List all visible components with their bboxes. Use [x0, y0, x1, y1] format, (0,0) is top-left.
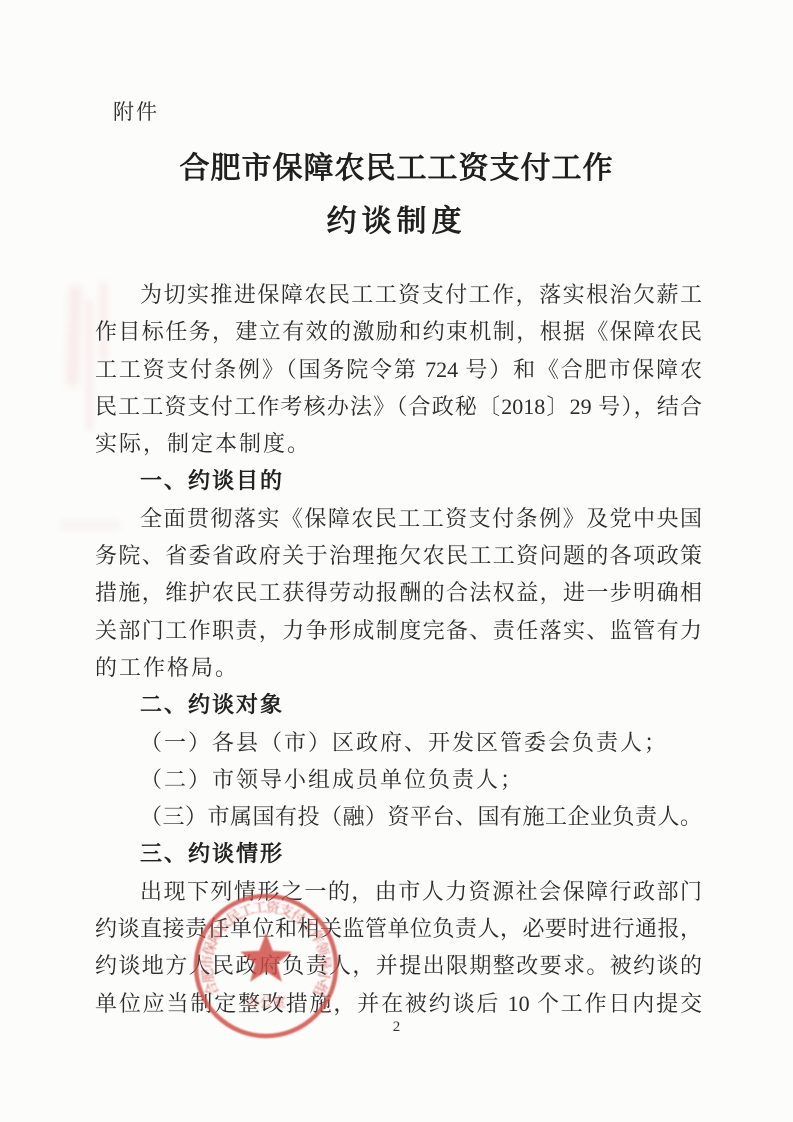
page-number: 2 — [0, 1019, 793, 1036]
document-title-line2: 约谈制度 — [0, 196, 793, 240]
bleed-through-smudge — [66, 286, 81, 386]
section-heading: 二、约谈对象 — [95, 686, 702, 723]
body-line: 作目标任务，建立有效的激励和约束机制，根据《保障农民 — [95, 313, 702, 350]
body-line: 关部门工作职责，力争形成制度完备、责任落实、监管有力 — [95, 612, 702, 649]
document-title-line1: 合肥市保障农民工工资支付工作 — [0, 143, 793, 187]
list-item: （二）市领导小组成员单位负责人； — [95, 761, 702, 798]
section-heading: 三、约谈情形 — [95, 835, 702, 872]
list-item: （三）市属国有投（融）资平台、国有施工企业负责人。 — [95, 798, 702, 835]
attachment-label: 附件 — [113, 96, 159, 126]
body-line: 措施，维护农民工获得劳动报酬的合法权益，进一步明确相 — [95, 574, 702, 611]
body-line: 实际，制定本制度。 — [95, 425, 702, 462]
body-line: 单位应当制定整改措施，并在被约谈后 10 个工作日内提交 — [95, 985, 702, 1022]
body-line: 约谈直接责任单位和相关监管单位负责人，必要时进行通报， — [95, 910, 702, 947]
document-body: 为切实推进保障农民工工资支付工作，落实根治欠薪工 作目标任务，建立有效的激励和约… — [95, 276, 702, 1022]
body-line: 的工作格局。 — [95, 649, 702, 686]
bleed-through-smudge — [86, 300, 93, 430]
document-page: 附件 合肥市保障农民工工资支付工作 约谈制度 为切实推进保障农民工工资支付工作，… — [0, 0, 793, 1122]
body-line: 出现下列情形之一的，由市人力资源社会保障行政部门 — [95, 873, 702, 910]
body-line: 工工资支付条例》（国务院令第 724 号）和《合肥市保障农 — [95, 351, 702, 388]
list-item: （一）各县（市）区政府、开发区管委会负责人； — [95, 724, 702, 761]
body-line: 全面贯彻落实《保障农民工工资支付条例》及党中央国 — [95, 500, 702, 537]
body-line: 务院、省委省政府关于治理拖欠农民工工资问题的各项政策 — [95, 537, 702, 574]
body-line: 约谈地方人民政府负责人，并提出限期整改要求。被约谈的 — [95, 947, 702, 984]
body-line: 为切实推进保障农民工工资支付工作，落实根治欠薪工 — [95, 276, 702, 313]
body-line: 民工工资支付工作考核办法》（合政秘〔2018〕29 号），结合 — [95, 388, 702, 425]
section-heading: 一、约谈目的 — [95, 462, 702, 499]
